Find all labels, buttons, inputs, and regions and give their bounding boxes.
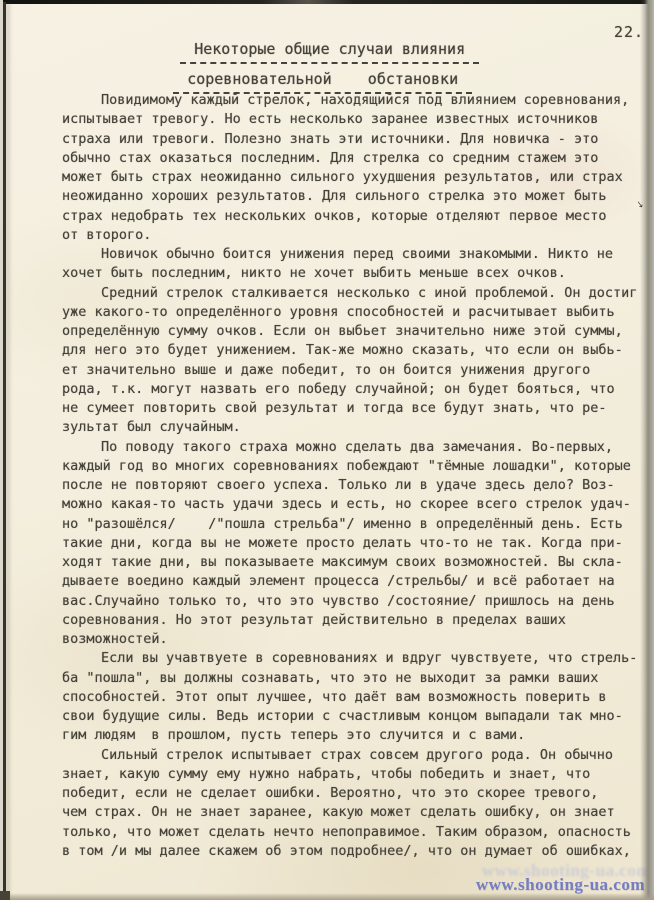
text-line: в том /и мы далее скажем об этом подробн…: [62, 842, 637, 861]
text-line: возможностей.: [62, 630, 637, 649]
scan-edge-right: [640, 0, 654, 900]
text-line: определённую сумму очков. Если он выбьет…: [62, 322, 637, 341]
text-line: рода, т.к. могут назвать его победу случ…: [62, 380, 637, 399]
text-line: чем страх. Он не знает заранее, какую мо…: [62, 803, 637, 822]
text-line: такие дни, когда вы не можете просто дел…: [62, 534, 637, 553]
text-line: Повидимому каждый стрелок, находящийся п…: [62, 91, 637, 110]
text-line: Новичок обычно боится унижения перед сво…: [62, 245, 637, 264]
text-line: страха или тревоги. Полезно знать эти ис…: [62, 130, 637, 149]
text-line: свои будущие силы. Ведь истории с счастл…: [62, 707, 637, 726]
text-line: испытывает тревогу. Но есть несколько за…: [62, 110, 637, 129]
text-line: каждый год во многих соревнованиях побеж…: [62, 457, 637, 476]
scan-edge-top: [0, 0, 654, 4]
text-line: гим людям в прошлом, пусть теперь это сл…: [62, 726, 637, 745]
text-line: только, что может сделать нечто непоправ…: [62, 823, 637, 842]
text-line: ба "пошла", вы должны сознавать, что это…: [62, 669, 637, 688]
text-line: ет значительно выше и даже победит, то о…: [62, 361, 637, 380]
paper-sheet: 22. Некоторые общие случаи влияния сорев…: [0, 0, 654, 900]
text-line: По поводу такого страха можно сделать дв…: [62, 438, 637, 457]
text-line: но "разошёлся/ /"пошла стрельба"/ именно…: [62, 515, 637, 534]
text-line: Если вы учавтвуете в соревнованиях и вдр…: [62, 649, 637, 668]
scan-edge-bottom: [0, 893, 654, 900]
document-body: Повидимому каждый стрелок, находящийся п…: [62, 91, 637, 861]
text-line: Средний стрелок сталкивается несколько с…: [62, 284, 637, 303]
text-line: соревнования. Но этот результат действит…: [62, 611, 637, 630]
text-line: знает, какую сумму ему нужно набрать, чт…: [62, 765, 637, 784]
scanned-page: 22. Некоторые общие случаи влияния сорев…: [0, 0, 654, 900]
text-line: способностей. Этот опыт лучшее, что даёт…: [62, 688, 637, 707]
text-line: не сумеет повторить свой результат и тог…: [62, 399, 637, 418]
scan-edge-left-dark: [3, 2, 6, 900]
text-line: ходят такие дни, вы показываете максимум…: [62, 553, 637, 572]
watermark-url: www.shooting-ua.com: [476, 875, 645, 895]
text-line: может быть страх неожиданно сильного уху…: [62, 168, 637, 187]
text-line: от второго.: [62, 226, 637, 245]
text-line: обычно стах оказаться последним. Для стр…: [62, 149, 637, 168]
text-line: страх недобрать тех нескольких очков, ко…: [62, 207, 637, 226]
text-line: хочет быть последним, никто не хочет выб…: [62, 264, 637, 283]
text-line: можно какая-то часть удачи здесь и есть,…: [62, 495, 637, 514]
text-line: дываете воедино каждый элемент процесса …: [62, 572, 637, 591]
text-line: Сильный стрелок испытывает страх совсем …: [62, 746, 637, 765]
text-line: зультат был случайным.: [62, 418, 637, 437]
text-line: неожиданно хороших результатов. Для силь…: [62, 187, 637, 206]
text-line: вас.Случайно только то, что это чувство …: [62, 592, 637, 611]
text-line: для него это будет унижением. Так-же мож…: [62, 341, 637, 360]
text-line: после не повторяют своего успеха. Только…: [62, 476, 637, 495]
text-line: уже какого-то определённого уровня спосо…: [62, 303, 637, 322]
scan-corner-bottom-left: [0, 891, 10, 900]
text-line: победит, если не сделает ошибки. Вероятн…: [62, 784, 637, 803]
